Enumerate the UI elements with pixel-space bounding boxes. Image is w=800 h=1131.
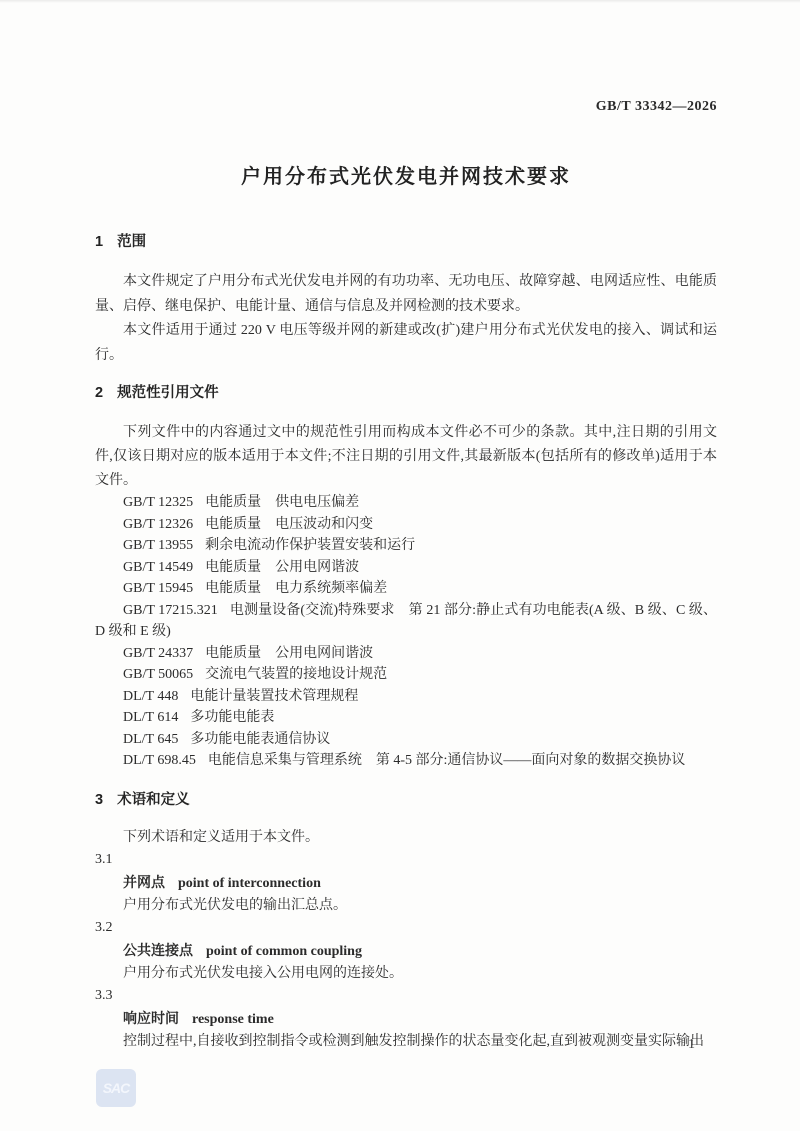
term-number: 3.3 bbox=[95, 985, 717, 1007]
reference-item: GB/T 50065交流电气装置的接地设计规范 bbox=[95, 664, 717, 686]
section-3-heading: 3术语和定义 bbox=[95, 790, 717, 810]
reference-title: 多功能电能表通信协议 bbox=[190, 732, 330, 747]
reference-title: 电能质量 公用电网间谐波 bbox=[205, 646, 373, 661]
term-chinese: 响应时间 bbox=[123, 1010, 179, 1026]
reference-title: 电能计量装置技术管理规程 bbox=[190, 689, 358, 704]
reference-item: GB/T 14549电能质量 公用电网谐波 bbox=[95, 557, 717, 579]
section-2-title: 规范性引用文件 bbox=[117, 385, 219, 401]
term-number: 3.1 bbox=[95, 849, 717, 871]
term-definition: 户用分布式光伏发电的输出汇总点。 bbox=[95, 895, 717, 917]
document-title: 户用分布式光伏发电并网技术要求 bbox=[95, 164, 717, 191]
reference-item: GB/T 15945电能质量 电力系统频率偏差 bbox=[95, 578, 717, 600]
paragraph: 下列文件中的内容通过文中的规范性引用而构成本文件必不可少的条款。其中,注日期的引… bbox=[95, 421, 717, 492]
term-entry: 公共连接点point of common coupling bbox=[95, 939, 717, 963]
normative-references-list: GB/T 12325电能质量 供电电压偏差 GB/T 12326电能质量 电压波… bbox=[95, 492, 717, 772]
reference-item: DL/T 448电能计量装置技术管理规程 bbox=[95, 686, 717, 708]
term-english: point of interconnection bbox=[178, 876, 321, 891]
reference-title: 剩余电流动作保护装置安装和运行 bbox=[205, 538, 415, 553]
paragraph: 本文件适用于通过 220 V 电压等级并网的新建或改(扩)建户用分布式光伏发电的… bbox=[95, 319, 717, 368]
reference-item: DL/T 698.45电能信息采集与管理系统 第 4-5 部分:通信协议——面向… bbox=[95, 750, 717, 772]
reference-code: DL/T 614 bbox=[123, 710, 178, 725]
section-1-number: 1 bbox=[95, 234, 103, 250]
reference-title: 电能质量 电力系统频率偏差 bbox=[205, 581, 387, 596]
section-2-number: 2 bbox=[95, 385, 103, 401]
reference-title: 电能质量 供电电压偏差 bbox=[205, 495, 359, 510]
reference-title: 电能质量 电压波动和闪变 bbox=[205, 517, 373, 532]
terms-and-definitions: 下列术语和定义适用于本文件。 3.1 并网点point of interconn… bbox=[95, 827, 717, 1053]
term-chinese: 公共连接点 bbox=[123, 942, 193, 958]
document-page: GB/T 33342—2026 户用分布式光伏发电并网技术要求 1范围 本文件规… bbox=[0, 0, 800, 1131]
reference-code: GB/T 17215.321 bbox=[123, 603, 218, 618]
section-1-heading: 1范围 bbox=[95, 232, 717, 252]
reference-item: GB/T 24337电能质量 公用电网间谐波 bbox=[95, 643, 717, 665]
reference-item: DL/T 645多功能电能表通信协议 bbox=[95, 729, 717, 751]
reference-code: GB/T 12325 bbox=[123, 495, 193, 510]
reference-code: GB/T 24337 bbox=[123, 646, 193, 661]
section-3-number: 3 bbox=[95, 792, 103, 808]
reference-item: DL/T 614多功能电能表 bbox=[95, 707, 717, 729]
reference-item: GB/T 13955剩余电流动作保护装置安装和运行 bbox=[95, 535, 717, 557]
section-1-title: 范围 bbox=[117, 234, 146, 250]
sac-logo-text: SAC bbox=[103, 1080, 130, 1096]
reference-title: 电能信息采集与管理系统 第 4-5 部分:通信协议——面向对象的数据交换协议 bbox=[208, 753, 686, 768]
section-2-intro: 下列文件中的内容通过文中的规范性引用而构成本文件必不可少的条款。其中,注日期的引… bbox=[95, 421, 717, 492]
sac-watermark-logo: SAC bbox=[96, 1069, 136, 1107]
reference-item: GB/T 12326电能质量 电压波动和闪变 bbox=[95, 514, 717, 536]
reference-code: GB/T 14549 bbox=[123, 560, 193, 575]
reference-title: 交流电气装置的接地设计规范 bbox=[205, 667, 387, 682]
reference-code: GB/T 50065 bbox=[123, 667, 193, 682]
terms-intro: 下列术语和定义适用于本文件。 bbox=[95, 827, 717, 849]
page-number: 1 bbox=[688, 1036, 695, 1054]
reference-code: GB/T 12326 bbox=[123, 517, 193, 532]
reference-code: DL/T 645 bbox=[123, 732, 178, 747]
term-definition: 户用分布式光伏发电接入公用电网的连接处。 bbox=[95, 963, 717, 985]
reference-item: GB/T 12325电能质量 供电电压偏差 bbox=[95, 492, 717, 514]
term-chinese: 并网点 bbox=[123, 874, 165, 890]
reference-code: GB/T 15945 bbox=[123, 581, 193, 596]
term-entry: 并网点point of interconnection bbox=[95, 871, 717, 895]
section-3-title: 术语和定义 bbox=[117, 792, 190, 808]
reference-item: GB/T 17215.321电测量设备(交流)特殊要求 第 21 部分:静止式有… bbox=[95, 600, 717, 643]
reference-title: 电能质量 公用电网谐波 bbox=[205, 560, 359, 575]
reference-code: DL/T 698.45 bbox=[123, 753, 196, 768]
term-english: point of common coupling bbox=[206, 944, 362, 959]
term-english: response time bbox=[192, 1012, 274, 1027]
reference-code: DL/T 448 bbox=[123, 689, 178, 704]
standard-number: GB/T 33342—2026 bbox=[95, 99, 717, 114]
term-entry: 响应时间response time bbox=[95, 1007, 717, 1031]
term-definition: 控制过程中,自接收到控制指令或检测到触发控制操作的状态量变化起,直到被观测变量实… bbox=[95, 1031, 717, 1053]
reference-code: GB/T 13955 bbox=[123, 538, 193, 553]
section-1-body: 本文件规定了户用分布式光伏发电并网的有功功率、无功电压、故障穿越、电网适应性、电… bbox=[95, 270, 717, 368]
term-number: 3.2 bbox=[95, 917, 717, 939]
paragraph: 本文件规定了户用分布式光伏发电并网的有功功率、无功电压、故障穿越、电网适应性、电… bbox=[95, 270, 717, 319]
reference-title: 多功能电能表 bbox=[190, 710, 274, 725]
section-2-heading: 2规范性引用文件 bbox=[95, 383, 717, 403]
